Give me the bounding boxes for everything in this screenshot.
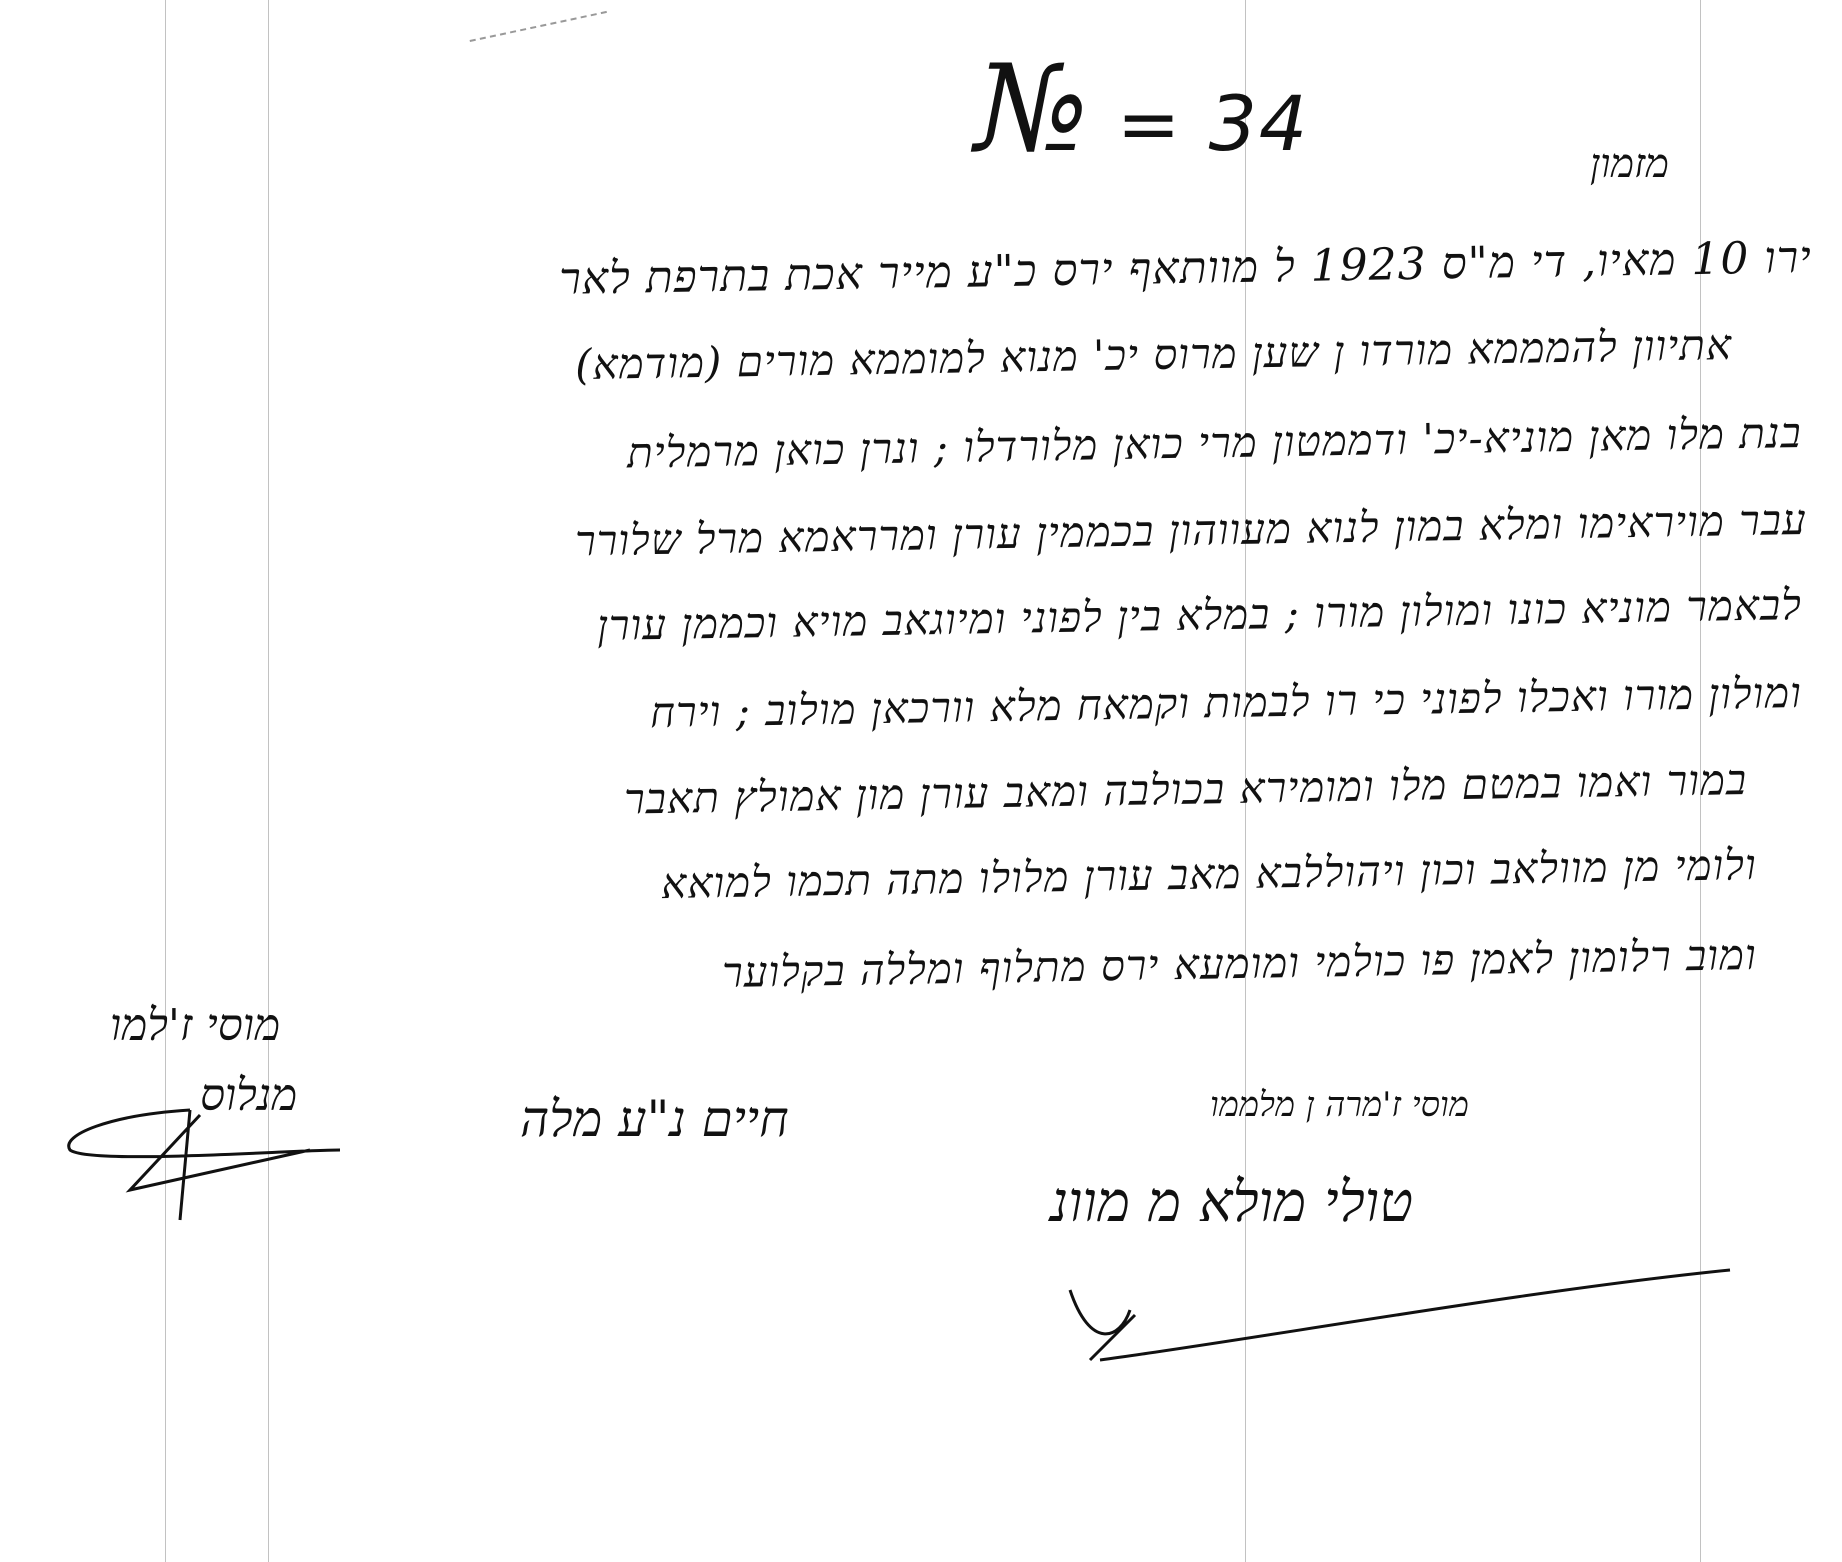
- paper-fold-mark: [461, 0, 607, 42]
- signature-right-title: מוסי ז'מרה ן מלממו: [1210, 1085, 1469, 1125]
- text-line: ירו 10 מאיו, די מ"ס 1923 ל מוותאף ירס כ"…: [559, 232, 1812, 305]
- signature-left-title: מוסי ז'למו: [110, 1000, 280, 1051]
- number-value: = 34: [1117, 79, 1310, 168]
- text-line: לבאמר מוניא כונו ומולון מורו ; במלא בין …: [597, 580, 1803, 651]
- signature-flourish-right: [1050, 1230, 1750, 1370]
- text-line: עבר מויראימו ומלא במון לנוא מעווהון בכממ…: [575, 495, 1807, 566]
- text-line: ולומי מן מוולאב וכון ויהוללבא מאב עורן מ…: [661, 840, 1757, 909]
- ruling-line: [268, 0, 269, 1562]
- text-line: בנת מלו מאן מוניא-יכ' ודממטון מרי כואן מ…: [627, 408, 1802, 478]
- signature-flourish-left: [50, 1080, 350, 1220]
- text-line: ומוב רלומון לאמן פו כולמי ומומעא ירס מתל…: [722, 930, 1757, 998]
- signature-middle: חיים נ"ע מלה: [520, 1090, 789, 1148]
- text-line: ומולון מורו ואכלו לפוני כי רו לבמות וקמא…: [650, 668, 1803, 738]
- number-sign: №: [975, 40, 1091, 179]
- signature-right-name: טולי מולא מ מוונ: [1050, 1170, 1413, 1235]
- ruling-line: [165, 0, 166, 1562]
- document-heading: מזמון: [1590, 140, 1669, 187]
- text-line: במור ואמו במטם מלו ומומירא בכולבה ומאב ע…: [624, 755, 1748, 825]
- text-line: אתיוון להמממא מורדו ן שען מרוס יכ' מנוא …: [575, 320, 1733, 390]
- document-number: № = 34: [975, 40, 1309, 179]
